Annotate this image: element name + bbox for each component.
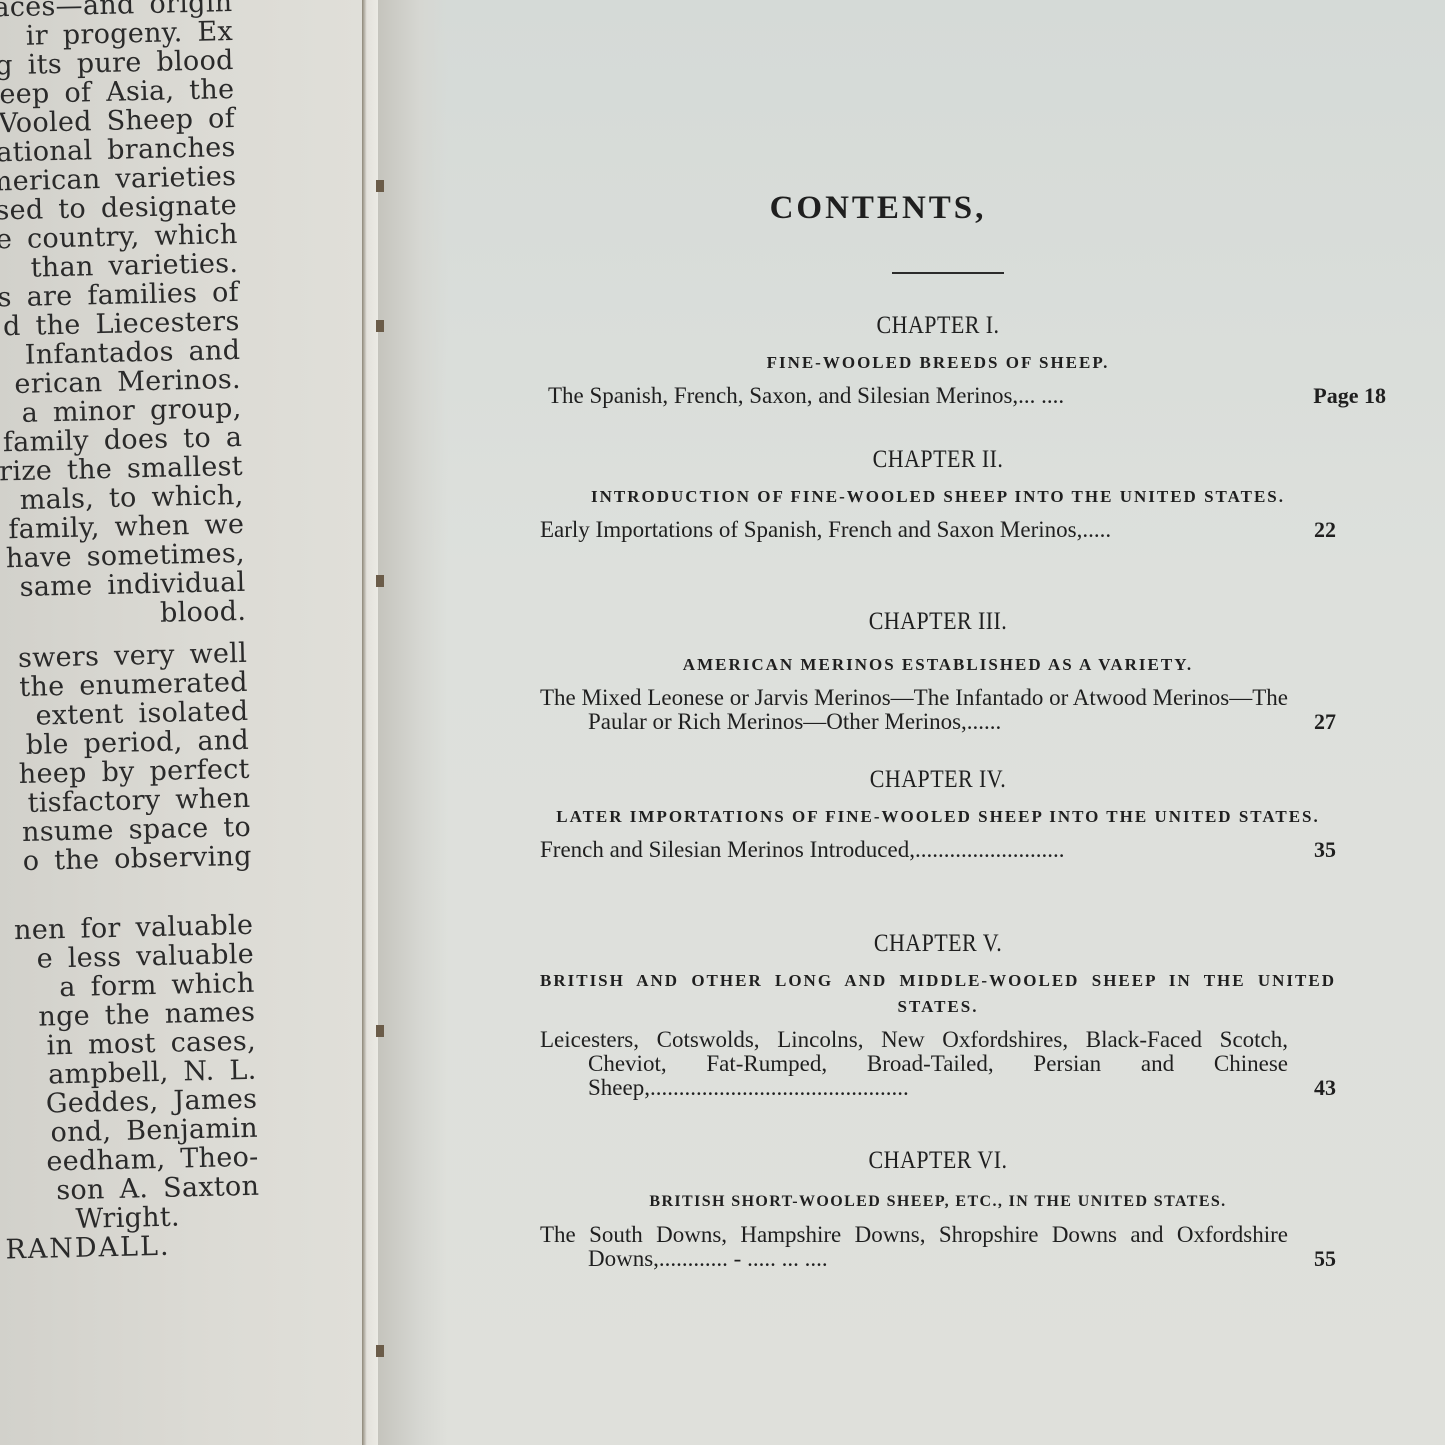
chapter-5: CHAPTER V. BRITISH AND OTHER LONG AND MI… [540,930,1336,1100]
chapter-subtitle: AMERICAN MERINOS ESTABLISHED AS A VARIET… [540,652,1336,678]
page-number: 55 [1314,1247,1336,1271]
binding-thread-mark [376,575,384,587]
toc-entry: The Mixed Leonese or Jarvis Merinos—The … [540,686,1336,734]
binding-thread-mark [376,1025,384,1037]
toc-entry: Early Importations of Spanish, French an… [540,518,1336,542]
chapter-subtitle: INTRODUCTION OF FINE-WOOLED SHEEP INTO T… [540,484,1336,510]
page-number: 35 [1314,838,1336,862]
chapter-4: CHAPTER IV. LATER IMPORTATIONS OF FINE-W… [540,766,1336,862]
chapter-heading: CHAPTER III. [588,608,1288,636]
chapter-2: CHAPTER II. INTRODUCTION OF FINE-WOOLED … [540,446,1336,542]
toc-entry: The Spanish, French, Saxon, and Silesian… [540,384,1336,408]
page-number: Page 18 [1313,384,1386,408]
entry-text: Leicesters, Cotswolds, Lincolns, New Oxf… [540,1028,1288,1100]
chapter-subtitle: LATER IMPORTATIONS OF FINE-WOOLED SHEEP … [540,804,1336,830]
chapter-subtitle: FINE-WOOLED BREEDS OF SHEEP. [540,350,1336,376]
chapter-heading: CHAPTER V. [588,930,1288,958]
binding-thread-mark [376,1345,384,1357]
chapter-heading: CHAPTER II. [588,446,1288,474]
page-number: 43 [1314,1076,1336,1100]
entry-text: The South Downs, Hampshire Downs, Shrops… [540,1223,1288,1271]
chapter-subtitle: BRITISH AND OTHER LONG AND MIDDLE-WOOLED… [540,968,1336,1020]
left-page-text: aces—and origin ir progeny. Ex g its pur… [0,0,261,1268]
entry-text: Early Importations of Spanish, French an… [540,518,1288,542]
chapter-6: CHAPTER VI. BRITISH SHORT-WOOLED SHEEP, … [540,1147,1336,1271]
title-rule [892,272,1004,274]
toc-entry: The South Downs, Hampshire Downs, Shrops… [540,1223,1336,1271]
binding-thread-mark [376,320,384,332]
chapter-heading: CHAPTER VI. [588,1147,1288,1175]
entry-text: The Mixed Leonese or Jarvis Merinos—The … [540,686,1288,734]
toc-entry: French and Silesian Merinos Introduced,.… [540,838,1336,862]
book-gutter [362,0,378,1445]
text-line: o the observing [0,842,252,881]
gutter-shadow [378,0,448,1445]
chapter-subtitle: BRITISH SHORT-WOOLED SHEEP, ETC., IN THE… [540,1189,1336,1215]
text-line: blood. [0,597,246,636]
signature: RANDALL. [0,1230,261,1269]
chapter-heading: CHAPTER I. [588,312,1288,340]
page-number: 22 [1314,518,1336,542]
left-page: aces—and origin ir progeny. Ex g its pur… [0,0,362,1445]
binding-thread-mark [376,180,384,192]
contents-title: CONTENTS, [480,190,1276,227]
entry-text: The Spanish, French, Saxon, and Silesian… [540,384,1288,408]
page-number: 27 [1314,710,1336,734]
chapter-1: CHAPTER I. FINE-WOOLED BREEDS OF SHEEP. … [540,312,1336,408]
chapter-3: CHAPTER III. AMERICAN MERINOS ESTABLISHE… [540,608,1336,734]
entry-text: French and Silesian Merinos Introduced,.… [540,838,1288,862]
chapter-heading: CHAPTER IV. [588,766,1288,794]
toc-entry: Leicesters, Cotswolds, Lincolns, New Oxf… [540,1028,1336,1100]
